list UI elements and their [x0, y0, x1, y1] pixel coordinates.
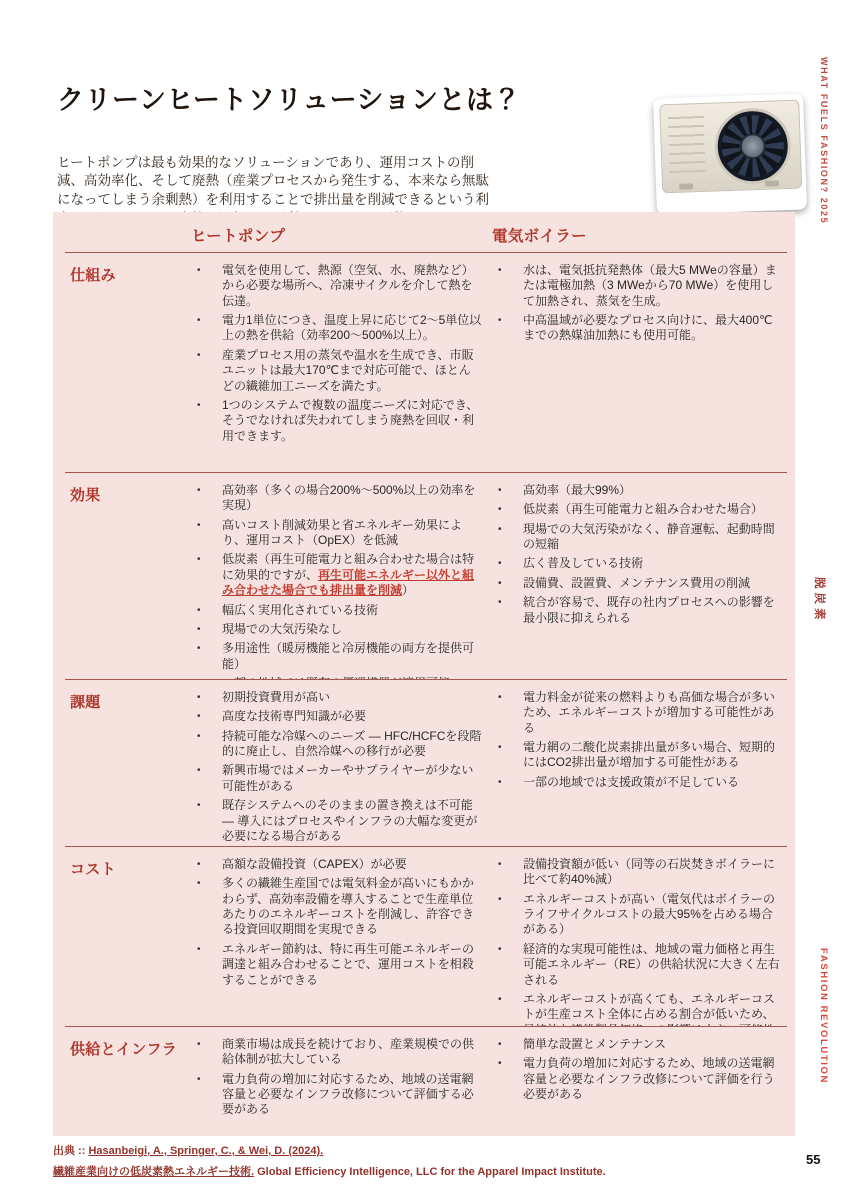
bullet-icon: • — [197, 763, 207, 778]
bullet-text: 広く普及している技術 — [523, 556, 643, 571]
bullet-icon: • — [498, 263, 508, 278]
heat-pump-cell: •電気を使用して、熱源（空気、水、廃熱など）から必要な場所へ、冷凍サイクルを介し… — [185, 253, 486, 472]
bullet-item: •高額な設備投資（CAPEX）が必要 — [191, 857, 482, 872]
bullet-text: 設備投資額が低い（同等の石炭焚きボイラーに比べて約40%減） — [523, 857, 783, 888]
bullet-icon: • — [498, 1056, 508, 1071]
heat-pump-cell: •高効率（多くの場合200%～500%以上の効率を実現）•高いコスト削減効果と省… — [185, 473, 486, 679]
bullet-item: •エネルギーコストが高い（電気代はボイラーのライフサイクルコストの最大95%を占… — [492, 892, 783, 938]
bullet-text: 電力負荷の増加に対応するため、地域の送電網容量と必要なインフラ改修について評価す… — [222, 1072, 482, 1118]
bullet-text: 一部の地域では支援政策が不足している — [523, 775, 739, 790]
ac-foot — [765, 181, 779, 187]
bullet-text: 高度な技術専門知識が必要 — [222, 709, 366, 724]
bullet-item: •新興市場ではメーカーやサプライヤーが少ない可能性がある — [191, 763, 482, 794]
bullet-icon: • — [197, 709, 207, 724]
bullet-icon: • — [197, 641, 207, 656]
bullet-text: 多用途性（暖房機能と冷房機能の両方を提供可能） — [222, 641, 482, 672]
bullet-text: 電気を使用して、熱源（空気、水、廃熱など）から必要な場所へ、冷凍サイクルを介して… — [222, 263, 482, 309]
bullet-item: •電気を使用して、熱源（空気、水、廃熱など）から必要な場所へ、冷凍サイクルを介し… — [191, 263, 482, 309]
bullet-icon: • — [498, 1037, 508, 1052]
bullet-item: •初期投資費用が高い — [191, 690, 482, 705]
bullet-text: 電力網の二酸化炭素排出量が多い場合、短期的にはCO2排出量が増加する可能性がある — [523, 740, 783, 771]
bullet-text: 低炭素（再生可能電力と組み合わせた場合は特に効果的ですが、再生可能エネルギー以外… — [222, 552, 482, 598]
bullet-icon: • — [498, 775, 508, 790]
bullet-item: •低炭素（再生可能電力と組み合わせた場合は特に効果的ですが、再生可能エネルギー以… — [191, 552, 482, 598]
bullet-text: 現場での大気汚染がなく、静音運転、起動時間の短縮 — [523, 522, 783, 553]
bullet-text: 高いコスト削減効果と省エネルギー効果により、運用コスト（OpEX）を低減 — [222, 518, 482, 549]
bullet-icon: • — [197, 676, 207, 679]
bullet-icon: • — [197, 798, 207, 813]
bullet-item: •電力料金が従来の燃料よりも高価な場合が多いため、エネルギーコストが増加する可能… — [492, 690, 783, 736]
bullet-text: 既存システムへのそのままの置き換えは不可能 — 導入にはプロセスやインフラの大幅… — [222, 798, 482, 844]
table-header-row: ヒートポンプ 電気ボイラー — [65, 212, 787, 252]
bullet-text: エネルギーコストが高い（電気代はボイラーのライフサイクルコストの最大95%を占め… — [523, 892, 783, 938]
bullet-item: •中高温域が必要なプロセス向けに、最大400℃までの熱媒油加熱にも使用可能。 — [492, 313, 783, 344]
bullet-icon: • — [197, 942, 207, 957]
bullet-item: •高効率（最大99%） — [492, 483, 783, 498]
citation-prefix: 出典 :: — [53, 1145, 88, 1157]
sidebar-chapter-label: 脱炭素 — [812, 577, 828, 624]
bullet-text: 統合が容易で、既存の社内プロセスへの影響を最小限に抑えられる — [523, 595, 783, 626]
bullet-item: •既存システムへのそのままの置き換えは不可能 — 導入にはプロセスやインフラの大… — [191, 798, 482, 844]
bullet-text: 初期投資費用が高い — [222, 690, 330, 705]
bullet-item: •電力1単位につき、温度上昇に応じて2～5単位以上の熱を供給（効率200～500… — [191, 313, 482, 344]
bullet-text: 設備費、設置費、メンテナンス費用の削減 — [523, 576, 750, 591]
bullet-item: •電力網の二酸化炭素排出量が多い場合、短期的にはCO2排出量が増加する可能性があ… — [492, 740, 783, 771]
bullet-item: •水は、電気抵抗発熱体（最大5 MWeの容量）または電極加熱（3 MWeから70… — [492, 263, 783, 309]
bullet-icon: • — [498, 942, 508, 957]
bullet-item: •商業市場は成長を続けており、産業規模での供給体制が拡大している — [191, 1037, 482, 1068]
bullet-text: 経済的な実現可能性は、地域の電力価格と再生可能エネルギー（RE）の供給状況に大き… — [523, 942, 783, 988]
citation-authors-link[interactable]: Hasanbeigi, A., Springer, C., & Wei, D. … — [88, 1145, 323, 1157]
column-header-heat-pump: ヒートポンプ — [185, 212, 486, 252]
bullet-item: •現場での大気汚染がなく、静音運転、起動時間の短縮 — [492, 522, 783, 553]
bullet-item: •エネルギー節約は、特に再生可能エネルギーの調達と組み合わせることで、運用コスト… — [191, 942, 482, 988]
table-row-supply-infrastructure: 供給とインフラ•商業市場は成長を続けており、産業規模での供給体制が拡大している•… — [65, 1026, 787, 1136]
table-row-mechanism: 仕組み•電気を使用して、熱源（空気、水、廃熱など）から必要な場所へ、冷凍サイクル… — [65, 252, 787, 472]
bullet-text: 中高温域が必要なプロセス向けに、最大400℃までの熱媒油加熱にも使用可能。 — [523, 313, 783, 344]
bullet-item: •高度な技術専門知識が必要 — [191, 709, 482, 724]
bullet-icon: • — [197, 603, 207, 618]
bullet-icon: • — [498, 483, 508, 498]
bullet-icon: • — [197, 348, 207, 363]
bullet-item: •設備費、設置費、メンテナンス費用の削減 — [492, 576, 783, 591]
bullet-item: •経済的な実現可能性は、地域の電力価格と再生可能エネルギー（RE）の供給状況に大… — [492, 942, 783, 988]
bullet-icon: • — [498, 576, 508, 591]
bullet-text: 電力1単位につき、温度上昇に応じて2～5単位以上の熱を供給（効率200～500%… — [222, 313, 482, 344]
bullet-text: 新興市場ではメーカーやサプライヤーが少ない可能性がある — [222, 763, 482, 794]
bullet-text: 高額な設備投資（CAPEX）が必要 — [222, 857, 407, 872]
bullet-text: エネルギー節約は、特に再生可能エネルギーの調達と組み合わせることで、運用コストを… — [222, 942, 482, 988]
bullet-item: •統合が容易で、既存の社内プロセスへの影響を最小限に抑えられる — [492, 595, 783, 626]
sidebar-series-title: WHAT FUELS FASHION? 2025 — [819, 57, 829, 224]
bullet-text: 1つのシステムで複数の温度ニーズに対応でき、そうでなければ失われてしまう廃熱を回… — [222, 398, 482, 444]
bullet-item: •持続可能な冷媒へのニーズ — HFC/HCFCを段階的に廃止し、自然冷媒への移… — [191, 729, 482, 760]
bullet-icon: • — [197, 876, 207, 891]
bullet-item: •高効率（多くの場合200%～500%以上の効率を実現） — [191, 483, 482, 514]
ac-vents — [668, 116, 706, 173]
bullet-icon: • — [197, 518, 207, 533]
bullet-icon: • — [197, 622, 207, 637]
bullet-icon: • — [197, 483, 207, 498]
bullet-icon: • — [498, 313, 508, 328]
bullet-icon: • — [498, 522, 508, 537]
electric-boiler-cell: •簡単な設置とメンテナンス•電力負荷の増加に対応するため、地域の送電網容量と必要… — [486, 1027, 787, 1136]
heat-pump-cell: •初期投資費用が高い•高度な技術専門知識が必要•持続可能な冷媒へのニーズ — H… — [185, 680, 486, 846]
page-number: 55 — [806, 1152, 820, 1167]
bullet-text: 商業市場は成長を続けており、産業規模での供給体制が拡大している — [222, 1037, 482, 1068]
bullet-item: •現場での大気汚染なし — [191, 622, 482, 637]
sidebar-brand-label: FASHION REVOLUTION — [818, 948, 829, 1084]
bullet-text: 持続可能な冷媒へのニーズ — HFC/HCFCを段階的に廃止し、自然冷媒への移行… — [222, 729, 482, 760]
bullet-text: 電力負荷の増加に対応するため、地域の送電網容量と必要なインフラ改修について評価を… — [523, 1056, 783, 1102]
bullet-icon: • — [197, 729, 207, 744]
table-row-challenges: 課題•初期投資費用が高い•高度な技術専門知識が必要•持続可能な冷媒へのニーズ —… — [65, 679, 787, 846]
bullet-icon: • — [197, 857, 207, 872]
row-label: 供給とインフラ — [65, 1027, 185, 1136]
bullet-item: •広く普及している技術 — [492, 556, 783, 571]
bullet-icon: • — [498, 502, 508, 517]
bullet-item: •1つのシステムで複数の温度ニーズに対応でき、そうでなければ失われてしまう廃熱を… — [191, 398, 482, 444]
row-label: コスト — [65, 847, 185, 1026]
bullet-text: 簡単な設置とメンテナンス — [523, 1037, 666, 1052]
citation-publisher: Global Efficiency Intelligence, LLC for … — [254, 1166, 606, 1178]
bullet-text: 水は、電気抵抗発熱体（最大5 MWeの容量）または電極加熱（3 MWeから70 … — [523, 263, 783, 309]
citation-title-link[interactable]: 繊維産業向けの低炭素熱エネルギー技術. — [53, 1166, 254, 1178]
bullet-text: 一部の地域では既存の優遇措置が適用可能 — [222, 676, 450, 679]
bullet-icon: • — [197, 313, 207, 328]
electric-boiler-cell: •電力料金が従来の燃料よりも高価な場合が多いため、エネルギーコストが増加する可能… — [486, 680, 787, 846]
bullet-item: •産業プロセス用の蒸気や温水を生成でき、市販ユニットは最大170℃まで対応可能で… — [191, 348, 482, 394]
bullet-text: 高効率（多くの場合200%～500%以上の効率を実現） — [222, 483, 482, 514]
source-citation: 出典 :: Hasanbeigi, A., Springer, C., & We… — [53, 1142, 606, 1184]
bullet-text: 電力料金が従来の燃料よりも高価な場合が多いため、エネルギーコストが増加する可能性… — [523, 690, 783, 736]
table-row-effects: 効果•高効率（多くの場合200%～500%以上の効率を実現）•高いコスト削減効果… — [65, 472, 787, 679]
bullet-item: •電力負荷の増加に対応するため、地域の送電網容量と必要なインフラ改修について評価… — [492, 1056, 783, 1102]
bullet-text: エネルギーコストが高くても、エネルギーコストが生産コスト全体に占める割合が低いた… — [523, 992, 783, 1026]
bullet-icon: • — [197, 690, 207, 705]
bullet-icon: • — [498, 992, 508, 1007]
ac-unit-body — [659, 100, 802, 194]
bullet-icon: • — [498, 595, 508, 610]
emphasis-link[interactable]: 再生可能エネルギー以外と組み合わせた場合でも排出量を削減 — [222, 568, 474, 597]
bullet-text: 産業プロセス用の蒸気や温水を生成でき、市販ユニットは最大170℃まで対応可能で、… — [222, 348, 482, 394]
ac-fan-icon — [713, 107, 792, 186]
bullet-icon: • — [498, 857, 508, 872]
bullet-icon: • — [197, 552, 207, 567]
bullet-text: 低炭素（再生可能電力と組み合わせた場合） — [523, 502, 763, 517]
bullet-icon: • — [197, 263, 207, 278]
bullet-item: •設備投資額が低い（同等の石炭焚きボイラーに比べて約40%減） — [492, 857, 783, 888]
electric-boiler-cell: •設備投資額が低い（同等の石炭焚きボイラーに比べて約40%減）•エネルギーコスト… — [486, 847, 787, 1026]
bullet-icon: • — [197, 1072, 207, 1087]
bullet-item: •幅広く実用化されている技術 — [191, 603, 482, 618]
bullet-text: 多くの繊維生産国では電気料金が高いにもかかわらず、高効率設備を導入することで生産… — [222, 876, 482, 937]
bullet-icon: • — [498, 892, 508, 907]
bullet-icon: • — [197, 398, 207, 413]
row-label: 効果 — [65, 473, 185, 679]
bullet-item: •高いコスト削減効果と省エネルギー効果により、運用コスト（OpEX）を低減 — [191, 518, 482, 549]
ac-foot — [679, 184, 693, 190]
heat-pump-photo — [653, 93, 807, 214]
bullet-item: •多用途性（暖房機能と冷房機能の両方を提供可能） — [191, 641, 482, 672]
header-spacer — [65, 212, 185, 252]
citation-line-2: 繊維産業向けの低炭素熱エネルギー技術. Global Efficiency In… — [53, 1163, 606, 1179]
page-title: クリーンヒートソリューションとは？ — [57, 78, 657, 117]
bullet-icon: • — [498, 740, 508, 755]
bullet-icon: • — [498, 690, 508, 705]
comparison-table: ヒートポンプ 電気ボイラー 仕組み•電気を使用して、熱源（空気、水、廃熱など）か… — [53, 212, 795, 1136]
bullet-item: •一部の地域では支援政策が不足している — [492, 775, 783, 790]
bullet-item: •エネルギーコストが高くても、エネルギーコストが生産コスト全体に占める割合が低い… — [492, 992, 783, 1026]
electric-boiler-cell: •水は、電気抵抗発熱体（最大5 MWeの容量）または電極加熱（3 MWeから70… — [486, 253, 787, 472]
bullet-item: •多くの繊維生産国では電気料金が高いにもかかわらず、高効率設備を導入することで生… — [191, 876, 482, 937]
citation-line-1: 出典 :: Hasanbeigi, A., Springer, C., & We… — [53, 1142, 606, 1158]
heat-pump-cell: •商業市場は成長を続けており、産業規模での供給体制が拡大している•電力負荷の増加… — [185, 1027, 486, 1136]
column-header-electric-boiler: 電気ボイラー — [486, 212, 787, 252]
bullet-item: •一部の地域では既存の優遇措置が適用可能 — [191, 676, 482, 679]
heat-pump-cell: •高額な設備投資（CAPEX）が必要•多くの繊維生産国では電気料金が高いにもかか… — [185, 847, 486, 1026]
bullet-icon: • — [498, 556, 508, 571]
bullet-text: 幅広く実用化されている技術 — [222, 603, 378, 618]
row-label: 仕組み — [65, 253, 185, 472]
bullet-text: 現場での大気汚染なし — [222, 622, 342, 637]
electric-boiler-cell: •高効率（最大99%）•低炭素（再生可能電力と組み合わせた場合）•現場での大気汚… — [486, 473, 787, 679]
bullet-text: 高効率（最大99%） — [523, 483, 631, 498]
bullet-item: •低炭素（再生可能電力と組み合わせた場合） — [492, 502, 783, 517]
table-row-cost: コスト•高額な設備投資（CAPEX）が必要•多くの繊維生産国では電気料金が高いに… — [65, 846, 787, 1026]
row-label: 課題 — [65, 680, 185, 846]
bullet-icon: • — [197, 1037, 207, 1052]
bullet-item: •電力負荷の増加に対応するため、地域の送電網容量と必要なインフラ改修について評価… — [191, 1072, 482, 1118]
bullet-item: •簡単な設置とメンテナンス — [492, 1037, 783, 1052]
